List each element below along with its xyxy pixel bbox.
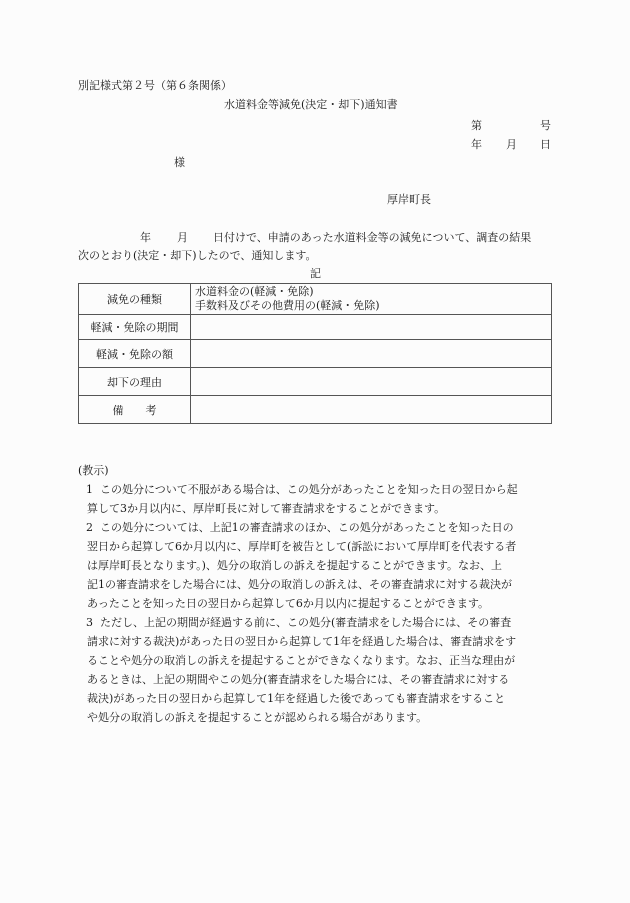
date-month-label: 月 (506, 139, 517, 150)
form-number: 別記様式第２号（第６条関係） (78, 80, 232, 91)
table-row-relief-period: 軽減・免除の期間 (79, 315, 552, 340)
notice-heading: (教示) (78, 461, 558, 480)
table-label: 却下の理由 (79, 368, 191, 396)
notice-line: この処分について不服がある場合は、この処分があったことを知った日の翌日から起 (100, 483, 518, 496)
notice-line: や処分の取消しの訴えを提起することが認められる場合があります。 (78, 708, 558, 727)
table-value-empty (191, 340, 552, 368)
table-label: 軽減・免除の期間 (79, 315, 191, 340)
table-row-rejection-reason: 却下の理由 (79, 368, 552, 396)
notice-line: 翌日から起算して6か月以内に、厚岸町を被告として(訴訟において厚岸町を代表する者 (78, 537, 558, 556)
notice-line: 裁決)があった日の翌日から起算して1年を経過した後であっても審査請求をすること (78, 689, 558, 708)
notice-line: あるときは、上記の期間やこの処分(審査請求をした場合には、その審査請求に対する (78, 670, 558, 689)
notice-item-number: 1 (78, 480, 100, 499)
relief-type-option-water: 水道料金の(軽減・免除) (195, 285, 551, 299)
addressee-suffix: 様 (174, 157, 185, 168)
notice-section: (教示) 1この処分について不服がある場合は、この処分があったことを知った日の翌… (78, 461, 558, 727)
table-label: 軽減・免除の額 (79, 340, 191, 368)
body-year-label: 年 (140, 232, 177, 243)
body-month-label: 月 (177, 232, 213, 243)
notice-item-2: 2この処分については、上記1の審査請求のほか、この処分があったことを知った日の … (78, 518, 558, 613)
notice-line: ることや処分の取消しの訴えを提起することができなくなります。なお、正当な理由が (78, 651, 558, 670)
notice-item-1: 1この処分について不服がある場合は、この処分があったことを知った日の翌日から起 … (78, 480, 558, 518)
notice-line: 請求に対する裁決)があった日の翌日から起算して1年を経過した場合は、審査請求をす (78, 632, 558, 651)
body-line1-text: 日付けで、申請のあった水道料金等の減免について、調査の結果 (213, 232, 531, 243)
notice-item-3: 3ただし、上記の期間が経過する前に、この処分(審査請求をした場合には、その審査 … (78, 613, 558, 727)
notice-item-number: 3 (78, 613, 100, 632)
notice-line: 記1の審査請求をした場合には、処分の取消しの訴えは、その審査請求に対する裁決が (78, 575, 558, 594)
table-value-empty (191, 368, 552, 396)
document-title: 水道料金等減免(決定・却下)通知書 (224, 99, 398, 110)
notice-line: ただし、上記の期間が経過する前に、この処分(審査請求をした場合には、その審査 (100, 616, 511, 629)
table-row-remarks: 備 考 (79, 396, 552, 424)
table-value: 水道料金の(軽減・免除) 手数料及びその他費用の(軽減・免除) (191, 284, 552, 315)
notice-line: 算して3か月以内に、厚岸町長に対して審査請求をすることができます。 (78, 499, 558, 518)
table-label: 備 考 (79, 396, 191, 424)
document-number-suffix: 号 (540, 120, 551, 131)
table-value-empty (191, 396, 552, 424)
table-label: 減免の種類 (79, 284, 191, 315)
table-row-relief-amount: 軽減・免除の額 (79, 340, 552, 368)
date-day-label: 日 (540, 139, 551, 150)
notice-item-number: 2 (78, 518, 100, 537)
table-row-relief-type: 減免の種類 水道料金の(軽減・免除) 手数料及びその他費用の(軽減・免除) (79, 284, 552, 315)
notice-line: あったことを知った日の翌日から起算して6か月以内に提起することができます。 (78, 594, 558, 613)
notice-line: この処分については、上記1の審査請求のほか、この処分があったことを知った日の (100, 521, 514, 534)
date-year-label: 年 (471, 139, 482, 150)
ki-heading: 記 (310, 268, 321, 279)
relief-type-option-fees: 手数料及びその他費用の(軽減・免除) (195, 299, 551, 313)
notice-line: は厚岸町長となります。)、処分の取消しの訴えを提起することができます。なお、上 (78, 556, 558, 575)
relief-details-table: 減免の種類 水道料金の(軽減・免除) 手数料及びその他費用の(軽減・免除) 軽減… (78, 283, 552, 424)
body-paragraph-line-1: 年月日付けで、申請のあった水道料金等の減免について、調査の結果 (78, 232, 531, 243)
issuer-name: 厚岸町長 (387, 194, 431, 205)
table-value-empty (191, 315, 552, 340)
body-paragraph-line-2: 次のとおり(決定・却下)したので、通知します。 (78, 250, 316, 261)
document-number-label: 第 (471, 120, 482, 131)
